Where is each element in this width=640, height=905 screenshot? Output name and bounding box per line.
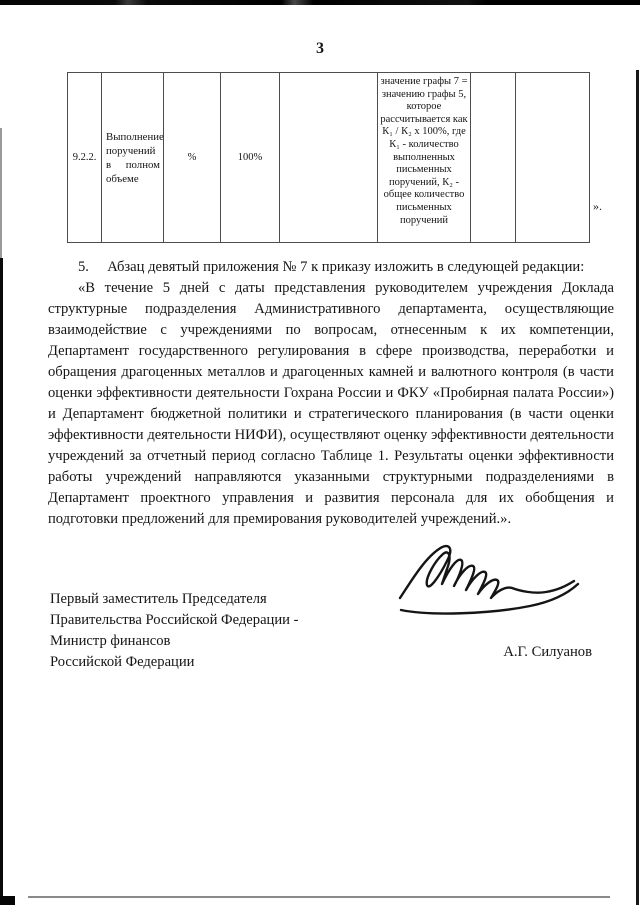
table-cell-empty-8 (516, 73, 589, 242)
scan-edge-left-upper (0, 128, 2, 258)
signatory-position: Первый заместитель Председателя Правител… (50, 589, 380, 673)
signatory-position-line: Министр финансов (50, 631, 380, 652)
scan-edge-left (0, 258, 3, 905)
scan-edge-bottom (28, 896, 610, 898)
scan-edge-right (636, 70, 639, 905)
table-cell-method: значение графы 7 = значению графы 5, кот… (378, 73, 471, 242)
signatory-position-line: Первый заместитель Председателя (50, 589, 380, 610)
signatory-name: А.Г. Силуанов (420, 644, 592, 661)
document-page: 3 9.2.2. Выполнение поручений в полном о… (0, 0, 640, 905)
scan-edge-corner (0, 896, 15, 905)
signatory-position-line: Правительства Российской Федерации - (50, 610, 380, 631)
table-cell-number: 9.2.2. (68, 73, 102, 242)
paragraph-quoted-revision: «В течение 5 дней с даты представления р… (48, 278, 614, 530)
table-cell-empty-7 (471, 73, 516, 242)
table-cell-unit: % (164, 73, 221, 242)
closing-quote-mark: ». (593, 199, 602, 214)
body-text: 5. Абзац девятый приложения № 7 к приказ… (48, 257, 614, 530)
scan-edge-top (0, 0, 640, 5)
page-number: 3 (280, 40, 360, 58)
table-cell-empty-5 (280, 73, 378, 242)
signatory-position-line: Российской Федерации (50, 652, 380, 673)
table-cell-target: 100% (221, 73, 280, 242)
paragraph-item-5: 5. Абзац девятый приложения № 7 к приказ… (48, 257, 614, 278)
handwritten-signature (398, 541, 586, 621)
indicators-table: 9.2.2. Выполнение поручений в полном объ… (67, 72, 590, 243)
table-cell-indicator: Выполнение поручений в полном объеме (102, 73, 164, 242)
